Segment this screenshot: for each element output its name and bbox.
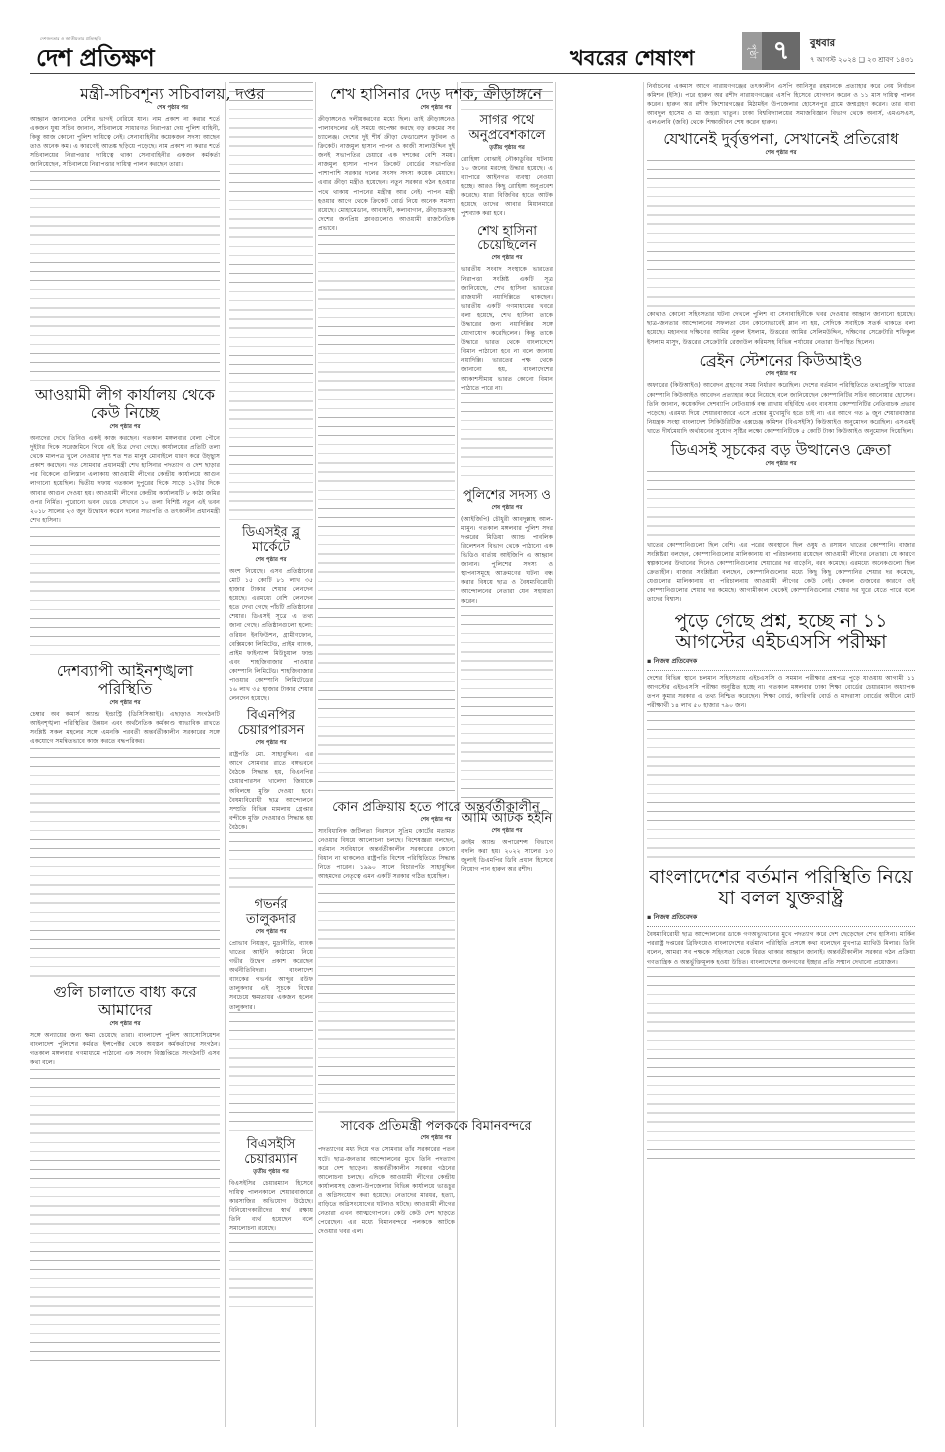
headline[interactable]: পুলিশের সদস্য ও xyxy=(461,489,553,504)
article-body: ক্রীড়াঙ্গনেও দলীয়করণের মধ্যে ছিল। তাই … xyxy=(318,115,455,795)
column-rule xyxy=(555,82,556,1427)
article-sheikh-hasina[interactable]: শেখ হাসিনা চেয়েছিলেন শেষ পৃষ্ঠার পর ভার… xyxy=(461,225,553,483)
article-body: আহ্বান জানালেও বেশির ভাগই বেরিয়ে যান। ন… xyxy=(30,115,220,382)
article-body-continued xyxy=(461,82,553,110)
page-number: ৭ xyxy=(762,32,800,70)
jump-label: তৃতীয় পৃষ্ঠার পর xyxy=(461,145,553,153)
text-lines xyxy=(647,160,915,310)
column-b: ডিএসইর ব্লু মার্কেটে শেষ পৃষ্ঠার পর অংশ … xyxy=(229,82,313,1319)
headline[interactable]: বিএনপির চেয়ারপারসন xyxy=(229,709,313,739)
article-body: (আইজিপি) চৌধুরী আবদুল্লাহ আল-মামুন। গতকা… xyxy=(461,515,553,806)
jump-label: শেষ পৃষ্ঠার পর xyxy=(30,700,220,708)
headline[interactable]: বিএসইসি চেয়ারম্যান xyxy=(229,1138,313,1168)
jump-label: শেষ পৃষ্ঠার পর xyxy=(461,828,553,836)
article-awami-office[interactable]: আওয়ামী লীগ কার্যালয় থেকে কেউ নিচ্ছে শে… xyxy=(30,387,220,657)
article-body: চেম্বার অব কমার্স অ্যান্ড ইন্ডাস্ট্রি (ড… xyxy=(30,710,220,978)
section-title: খবরের শেষাংশ xyxy=(570,42,694,77)
text-lines xyxy=(647,711,915,861)
headline[interactable]: ডিএসই সূচকের বড় উত্থানেও ক্রেতা xyxy=(647,442,915,460)
masthead: দেশজনতার ও জাতীয়তার প্রতিচ্ছবি দেশ প্রত… xyxy=(30,30,915,74)
text-lines xyxy=(647,471,915,541)
article-bsec-chair[interactable]: বিএসইসি চেয়ারম্যান তৃতীয় পৃষ্ঠার পর বি… xyxy=(229,1138,313,1313)
headline[interactable]: দেশব্যাপী আইনশৃঙ্খলা পরিস্থিতি xyxy=(30,663,220,699)
article-body: অফারের (কিউআইও) আবেদন গ্রহণের সময় নির্ধ… xyxy=(647,381,915,436)
article-not-arrested[interactable]: আমি আটক হইনি শেষ পৃষ্ঠার পর ক্রাইম অ্যান… xyxy=(461,812,553,874)
jump-label: শেষ পৃষ্ঠার পর xyxy=(461,255,553,263)
article-us-statement[interactable]: বাংলাদেশের বর্তমান পরিস্থিতি নিয়ে যা বল… xyxy=(647,867,915,1167)
text-lines xyxy=(229,832,313,892)
article-hsc-exam[interactable]: পুড়ে গেছে প্রশ্ন, হচ্ছে না ১১ আগস্টের এ… xyxy=(647,611,915,861)
headline[interactable]: সাগর পথে অনুপ্রবেশকালে xyxy=(461,114,553,144)
jump-label: শেষ পৃষ্ঠার পর xyxy=(229,740,313,748)
jump-label: শেষ পৃষ্ঠার পর xyxy=(229,929,313,937)
headline[interactable]: বাংলাদেশের বর্তমান পরিস্থিতি নিয়ে যা বল… xyxy=(647,867,915,911)
headline[interactable]: ডিএসইর ব্লু মার্কেটে xyxy=(229,526,313,556)
weekday: বুধবার xyxy=(810,36,835,53)
jump-label: শেষ পৃষ্ঠার পর xyxy=(318,1135,554,1143)
article-body: অন্যদের দেখে তিনিও একই কাজ করছেন। গতকাল … xyxy=(30,434,220,657)
article-body: অংশ নিয়েছে। এসব প্রতিষ্ঠানের মোট ১৫ কোট… xyxy=(229,567,313,703)
text-lines xyxy=(229,82,313,522)
column-rule xyxy=(315,82,316,1427)
text-lines xyxy=(647,967,915,1167)
article-body: সঙ্গে অন্যায়ের জন্য ক্ষমা চেয়েছে তারা।… xyxy=(30,1031,220,1369)
article-body: পদত্যাগের মধ্য দিয়ে গত সোমবার তাঁর সরকা… xyxy=(318,1145,455,1236)
article-body: রোহিঙ্গা বোঝাই নৌকাডুবির ঘটনায় ১০ জনের … xyxy=(461,155,553,219)
jump-label: শেষ পৃষ্ঠার পর xyxy=(647,371,915,379)
article-body: বৈষম্যবিরোধী ছাত্র আন্দোলনের ডাকে গণঅভ্য… xyxy=(647,930,915,1166)
text-lines xyxy=(461,82,553,110)
publication-date: ৭ আগস্ট ২০২৪ ❑ ২৩ শ্রাবণ ১৪৩১ xyxy=(810,54,914,66)
article-body: প্রোভাব নিয়ন্ত্রণ, মুদ্রানীতি, ব্যাংক খ… xyxy=(229,939,313,1132)
text-lines xyxy=(30,748,220,978)
text-lines xyxy=(229,1012,313,1132)
jump-label: শেষ পৃষ্ঠার পর xyxy=(647,461,915,469)
article-bnp-chair[interactable]: বিএনপির চেয়ারপারসন শেষ পৃষ্ঠার পর রাষ্ট… xyxy=(229,709,313,892)
text-lines xyxy=(30,527,220,657)
column-rule xyxy=(643,82,644,1427)
article-resistance[interactable]: নির্বাচনের একমাস আগে নারায়ণগঞ্জের তৎকাল… xyxy=(647,82,915,347)
text-lines xyxy=(30,171,220,381)
article-brain-station[interactable]: ব্রেইন স্টেশনের কিউআইও শেষ পৃষ্ঠার পর অফ… xyxy=(647,353,915,436)
byline: ▪ নিজস্ব প্রতিবেদক xyxy=(647,912,915,927)
headline[interactable]: গভর্নর তালুকদার xyxy=(229,898,313,928)
jump-label: শেষ পৃষ্ঠার পর xyxy=(461,505,553,513)
article-body: সাংবিধানিক জটিলতা নিরসনে সুপ্রিম কোর্টের… xyxy=(318,827,455,1114)
article-body: বিএসইসির চেয়ারম্যান হিসেবে দায়িত্ব পাল… xyxy=(229,1179,313,1314)
page-label: পৃষ্ঠা xyxy=(742,32,762,70)
article-sea-route[interactable]: সাগর পথে অনুপ্রবেশকালে তৃতীয় পৃষ্ঠার পর… xyxy=(461,114,553,219)
jump-label: তৃতীয় পৃষ্ঠার পর xyxy=(229,1169,313,1177)
headline[interactable]: শেখ হাসিনা চেয়েছিলেন xyxy=(461,225,553,255)
article-law-order[interactable]: দেশব্যাপী আইনশৃঙ্খলা পরিস্থিতি শেষ পৃষ্ঠ… xyxy=(30,663,220,978)
headline[interactable]: পুড়ে গেছে প্রশ্ন, হচ্ছে না ১১ আগস্টের এ… xyxy=(647,611,915,655)
article-police-firing[interactable]: গুলি চালাতে বাধ্য করে আমাদের শেষ পৃষ্ঠার… xyxy=(30,984,220,1369)
article-body-pre: নির্বাচনের একমাস আগে নারায়ণগঞ্জের তৎকাল… xyxy=(647,82,915,127)
article-body: ক্রাইম অ্যান্ড অপারেশন্স বিভাগে বদলি করা… xyxy=(461,838,553,874)
article-former-minister[interactable]: সাবেক প্রতিমন্ত্রী পলককে বিমানবন্দরে শেষ… xyxy=(318,1120,554,1237)
jump-label: শেষ পৃষ্ঠার পর xyxy=(229,557,313,565)
text-lines xyxy=(318,235,455,795)
article-body: ভারতীয় সংবাদ সংস্থাকে ভারতের নিরাপত্তা … xyxy=(461,265,553,482)
jump-label: শেষ পৃষ্ঠার পর xyxy=(647,150,915,158)
text-lines xyxy=(229,1233,313,1313)
headline[interactable]: সাবেক প্রতিমন্ত্রী পলককে বিমানবন্দরে xyxy=(318,1120,554,1135)
article-body: দেশের বিভিন্ন স্থানে চলমান সহিংসতায় এইচ… xyxy=(647,674,915,860)
text-lines xyxy=(461,393,553,483)
article-dse-buyers[interactable]: ডিএসই সূচকের বড় উত্থানেও ক্রেতা শেষ পৃষ… xyxy=(647,442,915,604)
newspaper-logo[interactable]: দেশ প্রতিক্ষণ xyxy=(36,40,154,80)
text-lines xyxy=(461,606,553,806)
article-governor[interactable]: গভর্নর তালুকদার শেষ পৃষ্ঠার পর প্রোভাব ন… xyxy=(229,898,313,1132)
headline[interactable]: গুলি চালাতে বাধ্য করে আমাদের xyxy=(30,984,220,1020)
headline[interactable]: ব্রেইন স্টেশনের কিউআইও xyxy=(647,353,915,371)
byline: ▪ নিজস্ব প্রতিবেদক xyxy=(647,656,915,671)
headline[interactable]: আওয়ামী লীগ কার্যালয় থেকে কেউ নিচ্ছে xyxy=(30,387,220,423)
headline[interactable]: আমি আটক হইনি xyxy=(461,812,553,827)
headline[interactable]: যেখানেই দুর্বৃত্তপনা, সেখানেই প্রতিরোধ xyxy=(647,131,915,149)
jump-label: শেষ পৃষ্ঠার পর xyxy=(30,424,220,432)
jump-label: শেষ পৃষ্ঠার পর xyxy=(30,1021,220,1029)
column-d: সাগর পথে অনুপ্রবেশকালে তৃতীয় পৃষ্ঠার পর… xyxy=(461,82,553,880)
article-body: খাতের কোম্পানিগুলো ছিল বেশি। এর পরের অবস… xyxy=(647,471,915,605)
column-right: নির্বাচনের একমাস আগে নারায়ণগঞ্জের তৎকাল… xyxy=(647,82,915,1173)
text-lines xyxy=(30,1069,220,1369)
article-body-continued xyxy=(229,82,313,522)
article-body: রাষ্ট্রপতি মো. সাহাবুদ্দিন। এর আগে সোমবা… xyxy=(229,750,313,892)
article-dse-market[interactable]: ডিএসইর ব্লু মার্কেটে শেষ পৃষ্ঠার পর অংশ … xyxy=(229,526,313,703)
article-body: কোথাও কোনো সহিংসতার ঘটনা দেখলে পুলিশ বা … xyxy=(647,160,915,346)
text-lines xyxy=(318,884,455,1114)
article-police-member[interactable]: পুলিশের সদস্য ও শেষ পৃষ্ঠার পর (আইজিপি) … xyxy=(461,489,553,806)
